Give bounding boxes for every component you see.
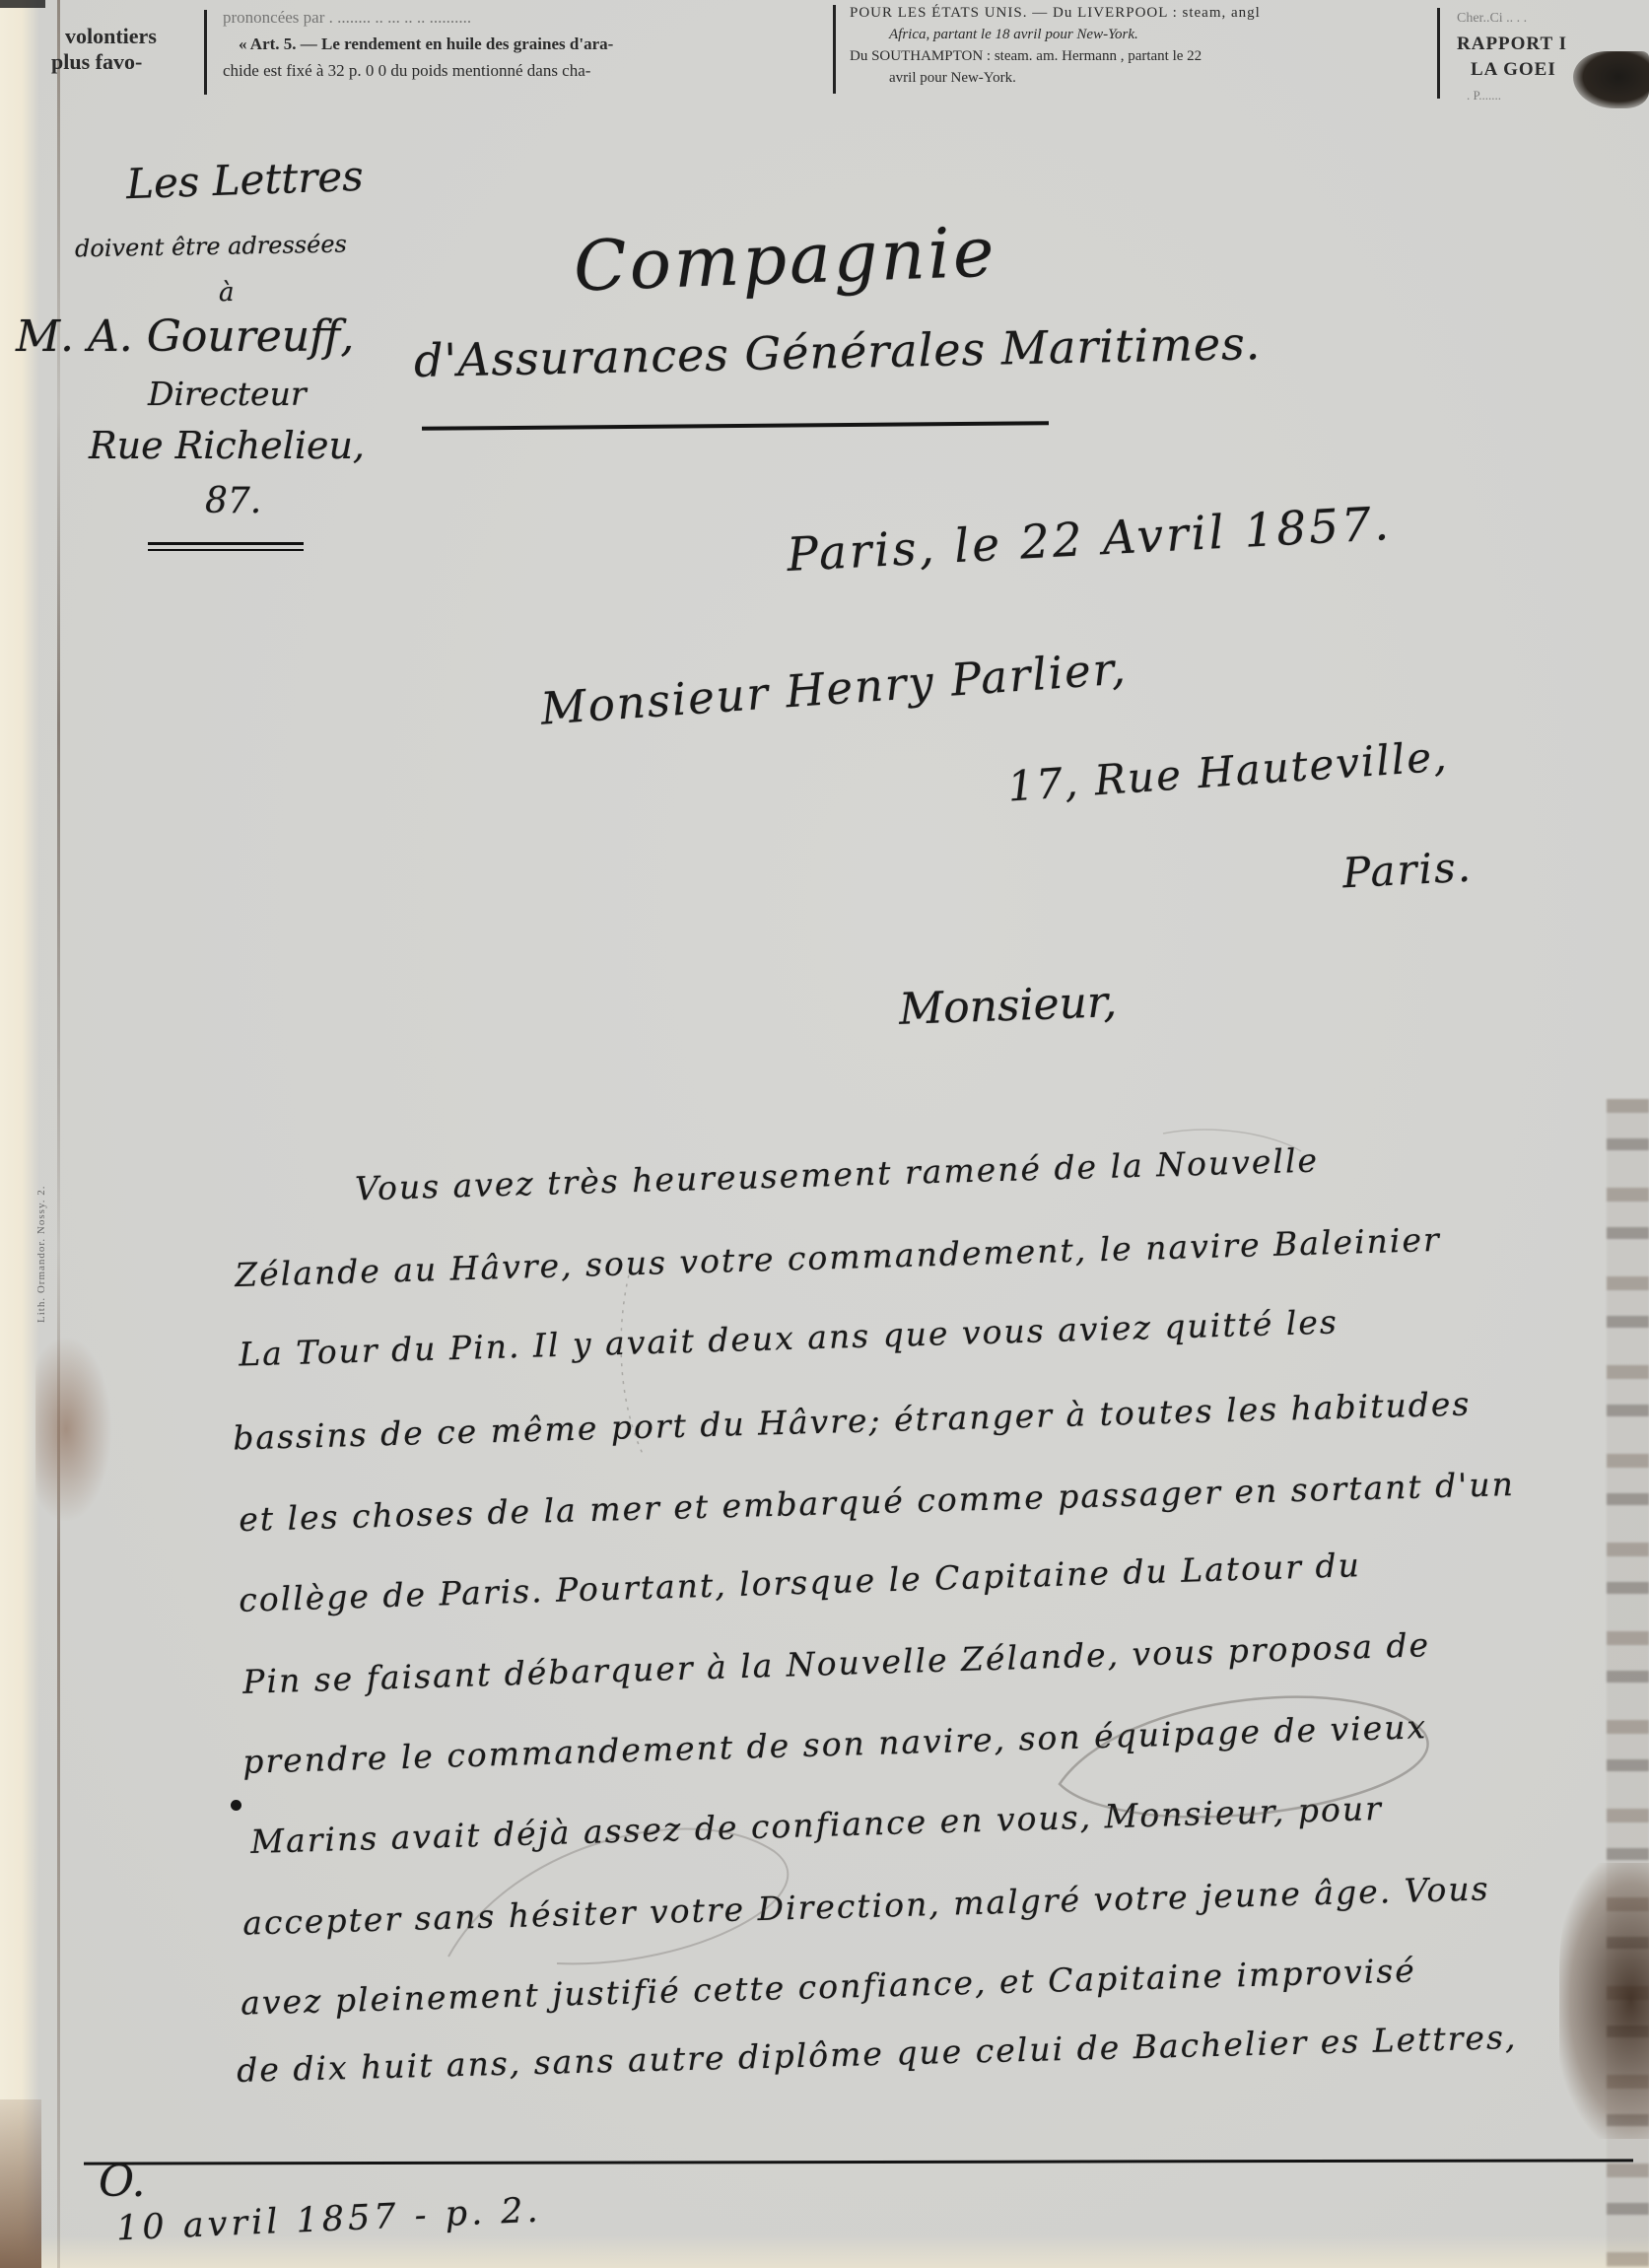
ink-dot (231, 1800, 241, 1811)
column-divider (204, 10, 207, 95)
newspaper-text: Africa, partant le 18 avril pour New-Yor… (850, 24, 1261, 45)
recipient-name: Monsieur Henry Parlier, (539, 642, 1129, 734)
recipient-street: 17, Rue Hauteville, (1006, 731, 1450, 810)
letterhead-street: Rue Richelieu, (89, 424, 365, 467)
scanned-letter-page: volontiers plus favo- prononcées par . .… (0, 0, 1649, 2268)
stain-right-blob (1559, 1863, 1649, 2139)
letterhead-rule (148, 542, 304, 551)
newspaper-text: plus favo- (51, 49, 157, 75)
body-line-12: de dix huit ans, sans autre diplôme que … (237, 2018, 1518, 2090)
newspaper-text: chide est fixé à 32 p. 0 0 du poids ment… (223, 57, 613, 84)
body-line-7: Pin se faisant débarquer à la Nouvelle Z… (242, 1625, 1431, 1701)
newspaper-text: POUR LES ÉTATS UNIS. — Du LIVERPOOL : st… (850, 2, 1261, 24)
body-line-3: La Tour du Pin. Il y avait deux ans que … (239, 1302, 1340, 1373)
stain-right-streak (1607, 1099, 1649, 2268)
body-line-6: collège de Paris. Pourtant, lorsque le C… (239, 1546, 1362, 1619)
letterhead-a: à (219, 278, 235, 308)
body-line-10: accepter sans hésiter votre Direction, m… (242, 1869, 1490, 1942)
salutation: Monsieur, (898, 977, 1118, 1035)
letterhead-adressees: doivent être adressées (75, 231, 347, 263)
newspaper-text: prononcées par . ........ .. ... .. .. .… (223, 4, 613, 31)
column-divider (1437, 8, 1440, 99)
letterhead-number: 87. (205, 481, 261, 521)
newspaper-column-4: Cher..Ci .. . . RAPPORT I LA GOEI . P...… (1457, 6, 1567, 108)
printer-imprint: Lith. Ormandor. Nossy. 2. (35, 1076, 47, 1323)
body-line-11: avez pleinement justifié cette confiance… (240, 1951, 1417, 2022)
body-line-5: et les choses de la mer et embarqué comm… (239, 1465, 1516, 1539)
stain-top-right (1573, 51, 1649, 108)
newspaper-text: LA GOEI (1457, 57, 1567, 83)
column-divider (833, 5, 836, 94)
newspaper-text: « Art. 5. — Le rendement en huile des gr… (223, 31, 613, 57)
body-line-4: bassins de ce même port du Hâvre; étrang… (233, 1384, 1472, 1457)
dateline: Paris, le 22 Avril 1857. (786, 497, 1393, 583)
newspaper-column-2: prononcées par . ........ .. ... .. .. .… (223, 4, 613, 84)
body-line-9: Marins avait déjà assez de confiance en … (250, 1789, 1384, 1861)
corner-scan-mark (0, 0, 45, 8)
body-line-8: prendre le commandement de son navire, s… (242, 1707, 1428, 1781)
footer-rule (84, 2159, 1633, 2165)
newspaper-text: Cher..Ci .. . . (1457, 6, 1567, 32)
body-line-2: Zélande au Hâvre, sous votre commandemen… (235, 1220, 1442, 1294)
company-title: Compagnie (573, 212, 998, 308)
letterhead-les-lettres: Les Lettres (125, 152, 364, 208)
newspaper-text: . P....... (1457, 83, 1567, 108)
newspaper-text: Du SOUTHAMPTON : steam. am. Hermann , pa… (850, 45, 1261, 67)
stain-left (35, 1336, 112, 1523)
letterhead-director-name: M. A. Goureuff, (16, 311, 354, 362)
newspaper-column-1: volontiers plus favo- (51, 24, 157, 75)
title-rule (422, 421, 1049, 431)
footer-o-mark: O. (99, 2157, 145, 2207)
letterhead-directeur: Directeur (148, 375, 307, 413)
newspaper-text: avril pour New-York. (850, 67, 1261, 89)
recipient-city: Paris. (1341, 843, 1474, 898)
newspaper-text: RAPPORT I (1457, 32, 1567, 57)
body-line-1: Vous avez très heureusement ramené de la… (355, 1140, 1320, 1207)
newspaper-text: volontiers (51, 24, 157, 49)
newspaper-column-3: POUR LES ÉTATS UNIS. — Du LIVERPOOL : st… (850, 2, 1261, 89)
company-subtitle: d'Assurances Générales Maritimes. (414, 316, 1262, 387)
